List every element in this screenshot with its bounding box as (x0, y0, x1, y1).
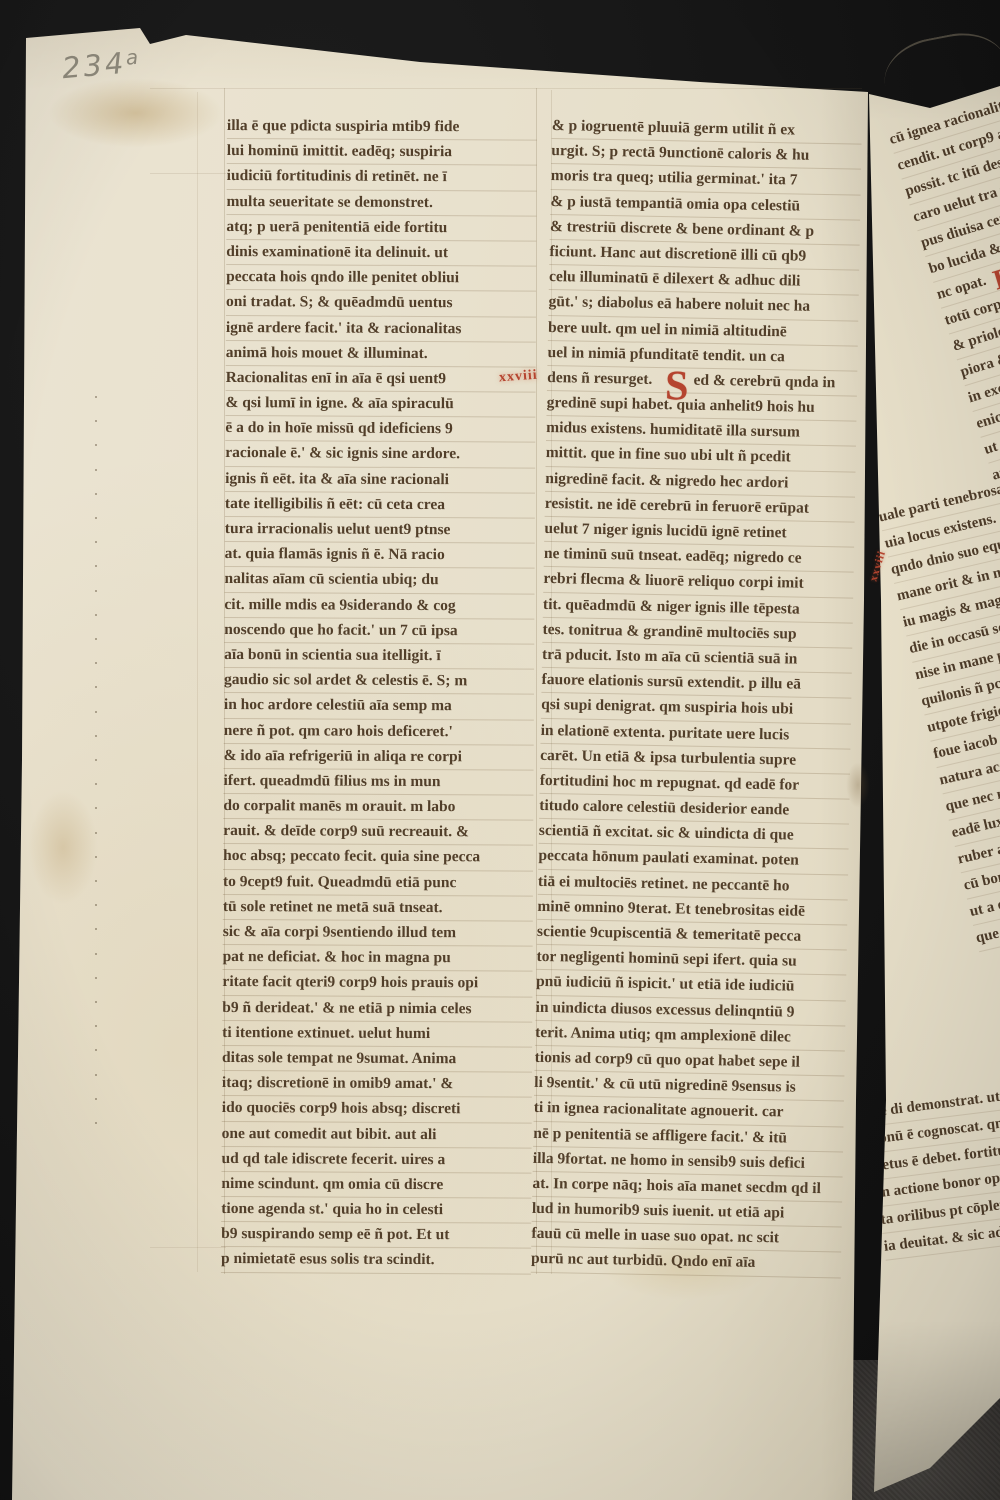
manuscript-photo: cū ignea racionalitate surcendit. ut cor… (0, 0, 1000, 1500)
manuscript-line: racionale ē.' & sic ignis sine ardore. (225, 441, 535, 468)
manuscript-line: tione agenda st.' quia ho in celesti (221, 1197, 531, 1224)
folio-number-digits: 234 (61, 46, 128, 85)
manuscript-line: to 9cept9 fuit. Queadmdū etiā punc (223, 870, 533, 897)
manuscript-line: & qsi lumī in igne. & aīa spiraculū (225, 391, 535, 418)
ruling-line (150, 1247, 226, 1248)
manuscript-line: illa ē que pdicta suspiria mtib9 fide (227, 114, 537, 141)
manuscript-line: & ido aīa refrigeriū in aliqa re corpi (224, 744, 534, 771)
manuscript-line: dinis examinationē ita delinuit. ut (226, 240, 536, 267)
manuscript-line: tura irracionalis uelut uent9 ptnse (225, 517, 535, 544)
manuscript-line: in hoc ardore celestiū aīa semp ma (224, 693, 534, 720)
manuscript-line: ditas sole tempat ne 9sumat. Anima (222, 1046, 532, 1073)
manuscript-line: peccata hois qndo ille penitet obliui (226, 265, 536, 292)
ruling-line (150, 173, 226, 174)
rubric-initial-s: S (665, 376, 689, 396)
manuscript-line: Racionalitas enī in aīa ē qsi uent9 (226, 366, 536, 393)
manuscript-line: one aut comedit aut bibit. aut ali (222, 1121, 532, 1148)
manuscript-line: at. quia flamās ignis ñ ē. Nā racio (225, 542, 535, 569)
ruling-line (197, 92, 198, 1272)
text-column-left: illa ē que pdicta suspiria mtib9 fidelui… (221, 114, 537, 1274)
manuscript-line: atq; p uerā penitentiā eide fortitu (226, 215, 536, 242)
manuscript-line: sic & aīa corpi 9sentiendo illud tem (223, 920, 533, 947)
manuscript-line: tū sole retinet ne metā suā tnseat. (223, 895, 533, 922)
manuscript-line: oni tradat. S; & quēadmdū uentus (226, 290, 536, 317)
ruling-line (150, 88, 862, 89)
next-page-text-middle: uale parti tenebrosa paruia locus existe… (876, 438, 1000, 953)
manuscript-line: iudiciū fortitudinis di retinēt. ne ī (227, 164, 537, 191)
manuscript-line: ti itentione extinuet. uelut humi (222, 1021, 532, 1048)
manuscript-line: b9 suspirando semp eē ñ pot. Et ut (221, 1222, 531, 1249)
manuscript-line: nalitas aīam cū scientia ubiq; du (224, 567, 534, 594)
manuscript-line: ignis ñ eēt. ita & aīa sine racionali (225, 467, 535, 494)
manuscript-line: ritate facit qteri9 corp9 hois prauis op… (222, 970, 532, 997)
manuscript-line: do corpalit manēs m orauit. m labo (223, 794, 533, 821)
manuscript-line: p nimietatē esus solis tra scindit. (221, 1247, 531, 1274)
manuscript-line: nere ñ pot. qm caro hois deficeret.' (224, 718, 534, 745)
rubric-initial-e: E (991, 267, 1000, 292)
manuscript-line: ud qd tale idiscrete fecerit. uires a (221, 1147, 531, 1174)
manuscript-line: ido quociēs corp9 hois absq; discreti (222, 1096, 532, 1123)
manuscript-line: itaq; discretionē in omib9 amat.' & (222, 1071, 532, 1098)
manuscript-line: ignē ardere facit.' ita & racionalitas (226, 315, 536, 342)
manuscript-line: animā hois mouet & illuminat. (226, 341, 536, 368)
manuscript-line: ifert. queadmdū filius ms in mun (223, 769, 533, 796)
chapter-number-rubric: xxviii (498, 368, 538, 387)
manuscript-line: cit. mille mdis ea 9siderando & cog (224, 593, 534, 620)
manuscript-line: nime scindunt. qm omia cū discre (221, 1172, 531, 1199)
manuscript-line: ē a do in hoīe missū qd ideficiens 9 (225, 416, 535, 443)
manuscript-line: aīa bonū in scientia sua itelligit. ī (224, 643, 534, 670)
manuscript-line: b9 ñ derideat.' & ne etiā p nimia celes (222, 996, 532, 1023)
manuscript-line: noscendo que ho facit.' un 7 cū ipsa (224, 618, 534, 645)
manuscript-line: tate itelligibilis ñ eēt: cū ceta crea (225, 492, 535, 519)
manuscript-line: hoc absq; peccato fecit. quia sine pecca (223, 844, 533, 871)
next-page-text-bottom: ate di demonstrat. ut pbonū ē cognoscat.… (866, 1063, 1000, 1260)
manuscript-line: gaudio sic sol ardet & celestis ē. S; m (224, 668, 534, 695)
text-column-right: & p iogruentē pluuiā germ utilit ñ exurg… (531, 114, 862, 1278)
manuscript-line: lui hominū imittit. eadēq; suspiria (227, 139, 537, 166)
folio-number-suffix: a (125, 45, 139, 70)
folio-number: 234a (61, 45, 140, 86)
manuscript-line: multa seueritate se demonstret. (226, 190, 536, 217)
manuscript-line: pat ne deficiat. & hoc in magna pu (223, 945, 533, 972)
manuscript-line: rauit. & deīde corp9 suū recreauit. & (223, 819, 533, 846)
